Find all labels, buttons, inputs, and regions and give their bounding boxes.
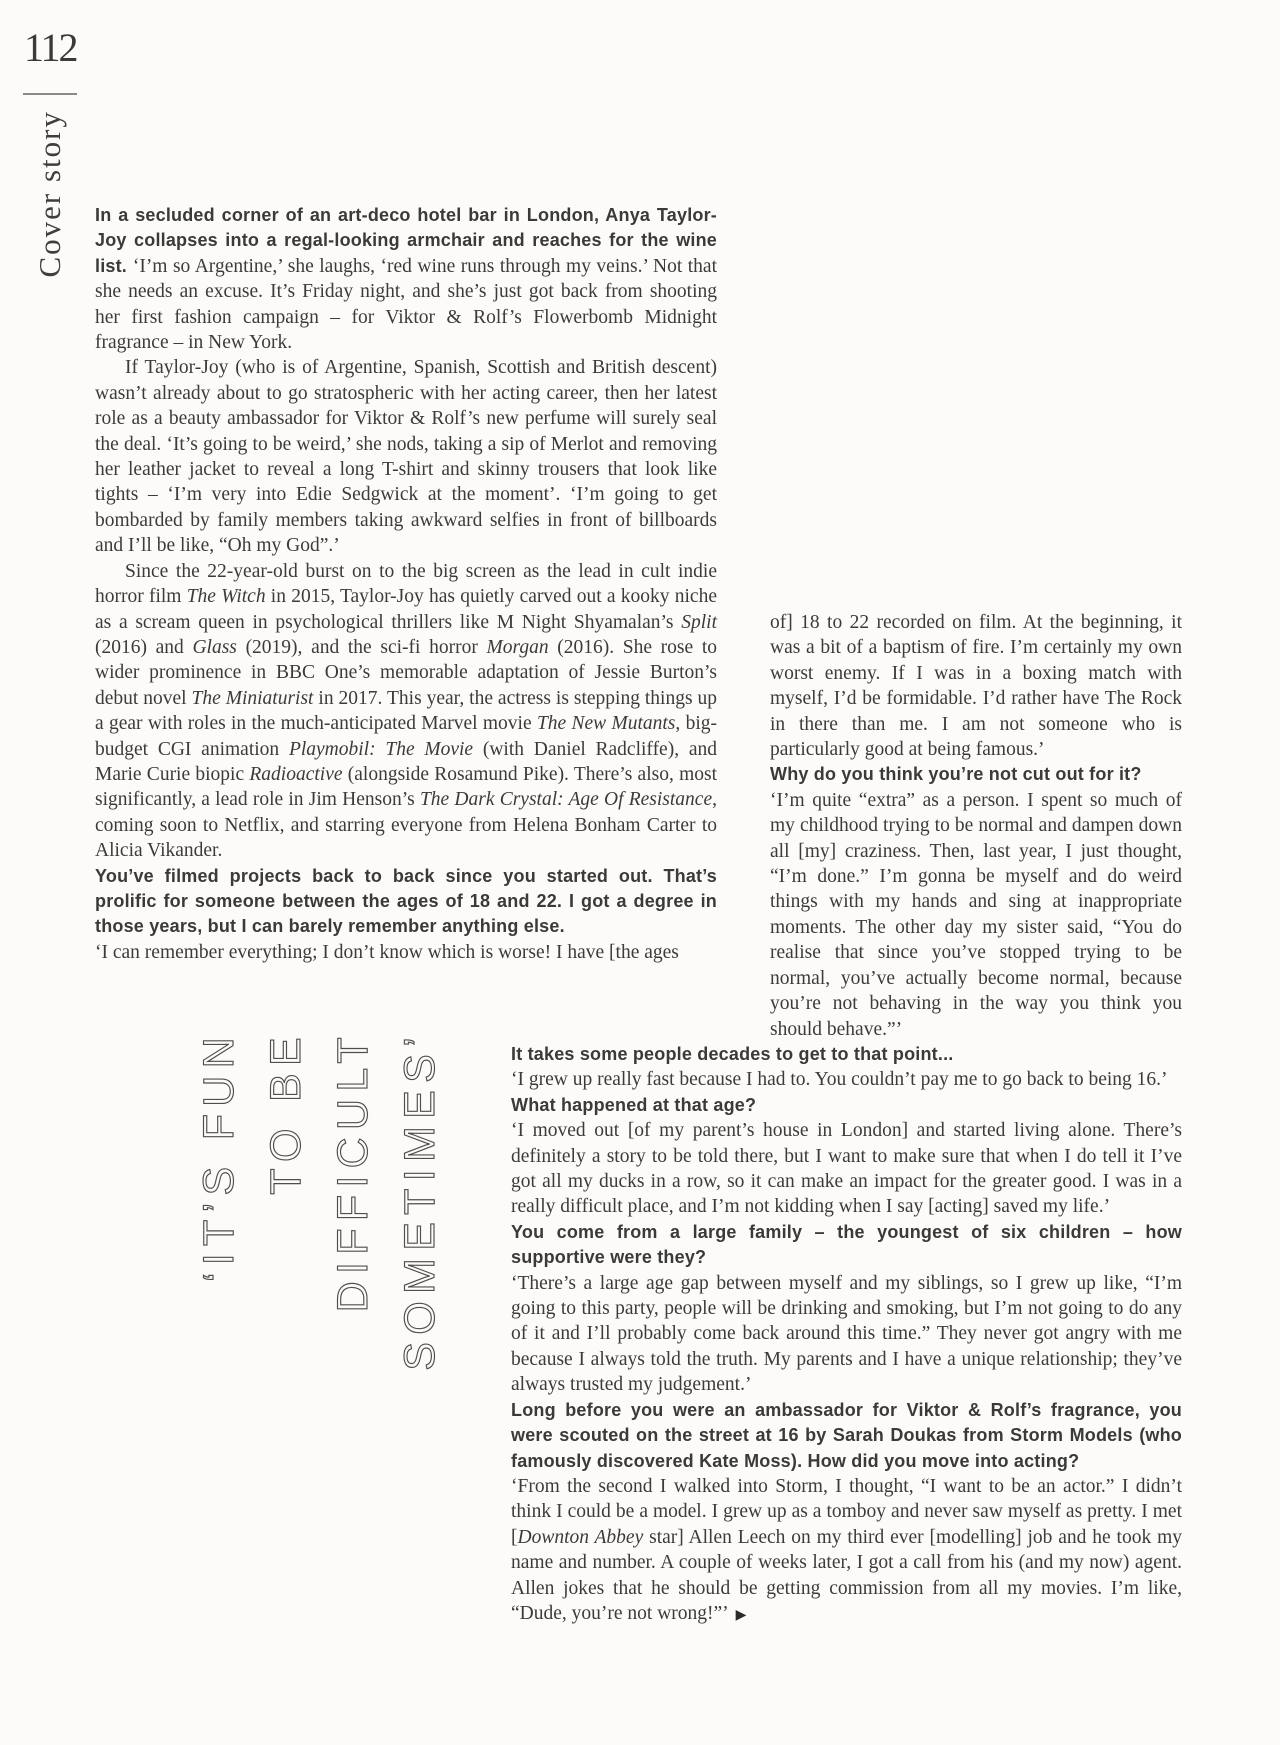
interview-answer: ‘From the second I walked into Storm, I …	[511, 1474, 1182, 1628]
magazine-page: 112 Cover story In a secluded corner of …	[0, 0, 1280, 1745]
interview-answer-start: ‘I can remember everything; I don’t know…	[95, 940, 717, 965]
paragraph: Since the 22-year-old burst on to the bi…	[95, 559, 717, 864]
interview-question: You come from a large family – the young…	[511, 1220, 1182, 1271]
interview-question: Why do you think you’re not cut out for …	[770, 762, 1182, 787]
film-title: Glass	[192, 637, 236, 658]
film-title: Radioactive	[249, 764, 342, 785]
article-column-left: In a secluded corner of an art-deco hote…	[95, 203, 717, 965]
interview-answer-continued: of] 18 to 22 recorded on film. At the be…	[770, 610, 1182, 762]
interview-answer: ‘I’m quite “extra” as a person. I spent …	[770, 788, 1182, 1042]
paragraph: If Taylor-Joy (who is of Argentine, Span…	[95, 355, 717, 558]
interview-answer: ‘There’s a large age gap between myself …	[511, 1271, 1182, 1398]
rotated-pull-quote: ‘IT’S FUN TO BE DIFFICULT SOMETIMES’	[186, 1030, 454, 1371]
interview-answer: ‘I grew up really fast because I had to.…	[511, 1067, 1182, 1092]
film-title: The Dark Crystal: Age Of Resistance	[420, 789, 712, 810]
section-label-cover-story: Cover story	[32, 110, 68, 278]
show-title: Downton Abbey	[518, 1527, 644, 1548]
article-column-bottom: It takes some people decades to get to t…	[511, 1042, 1182, 1628]
film-title: Split	[681, 612, 717, 633]
interview-question: Long before you were an ambassador for V…	[511, 1398, 1182, 1474]
page-number: 112	[24, 26, 77, 70]
film-title: The New Mutants	[537, 713, 675, 734]
intro-body: ‘I’m so Argentine,’ she laughs, ‘red win…	[95, 256, 717, 353]
text-run: (2019), and the sci-fi horror	[237, 637, 487, 658]
interview-question: It takes some people decades to get to t…	[511, 1042, 1182, 1067]
film-title: The Miniaturist	[192, 688, 314, 709]
interview-question: What happened at that age?	[511, 1093, 1182, 1118]
film-title: Playmobil: The Movie	[289, 739, 473, 760]
article-column-right: of] 18 to 22 recorded on film. At the be…	[770, 610, 1182, 1042]
interview-answer: ‘I moved out [of my parent’s house in Lo…	[511, 1118, 1182, 1220]
intro-paragraph: In a secluded corner of an art-deco hote…	[95, 203, 717, 355]
continuation-arrow-icon: ▶	[729, 1607, 747, 1623]
film-title: Morgan	[486, 637, 548, 658]
header-rule	[23, 93, 77, 95]
film-title: The Witch	[187, 586, 266, 607]
text-run: (2016) and	[95, 637, 192, 658]
interview-question: You’ve filmed projects back to back sinc…	[95, 864, 717, 940]
